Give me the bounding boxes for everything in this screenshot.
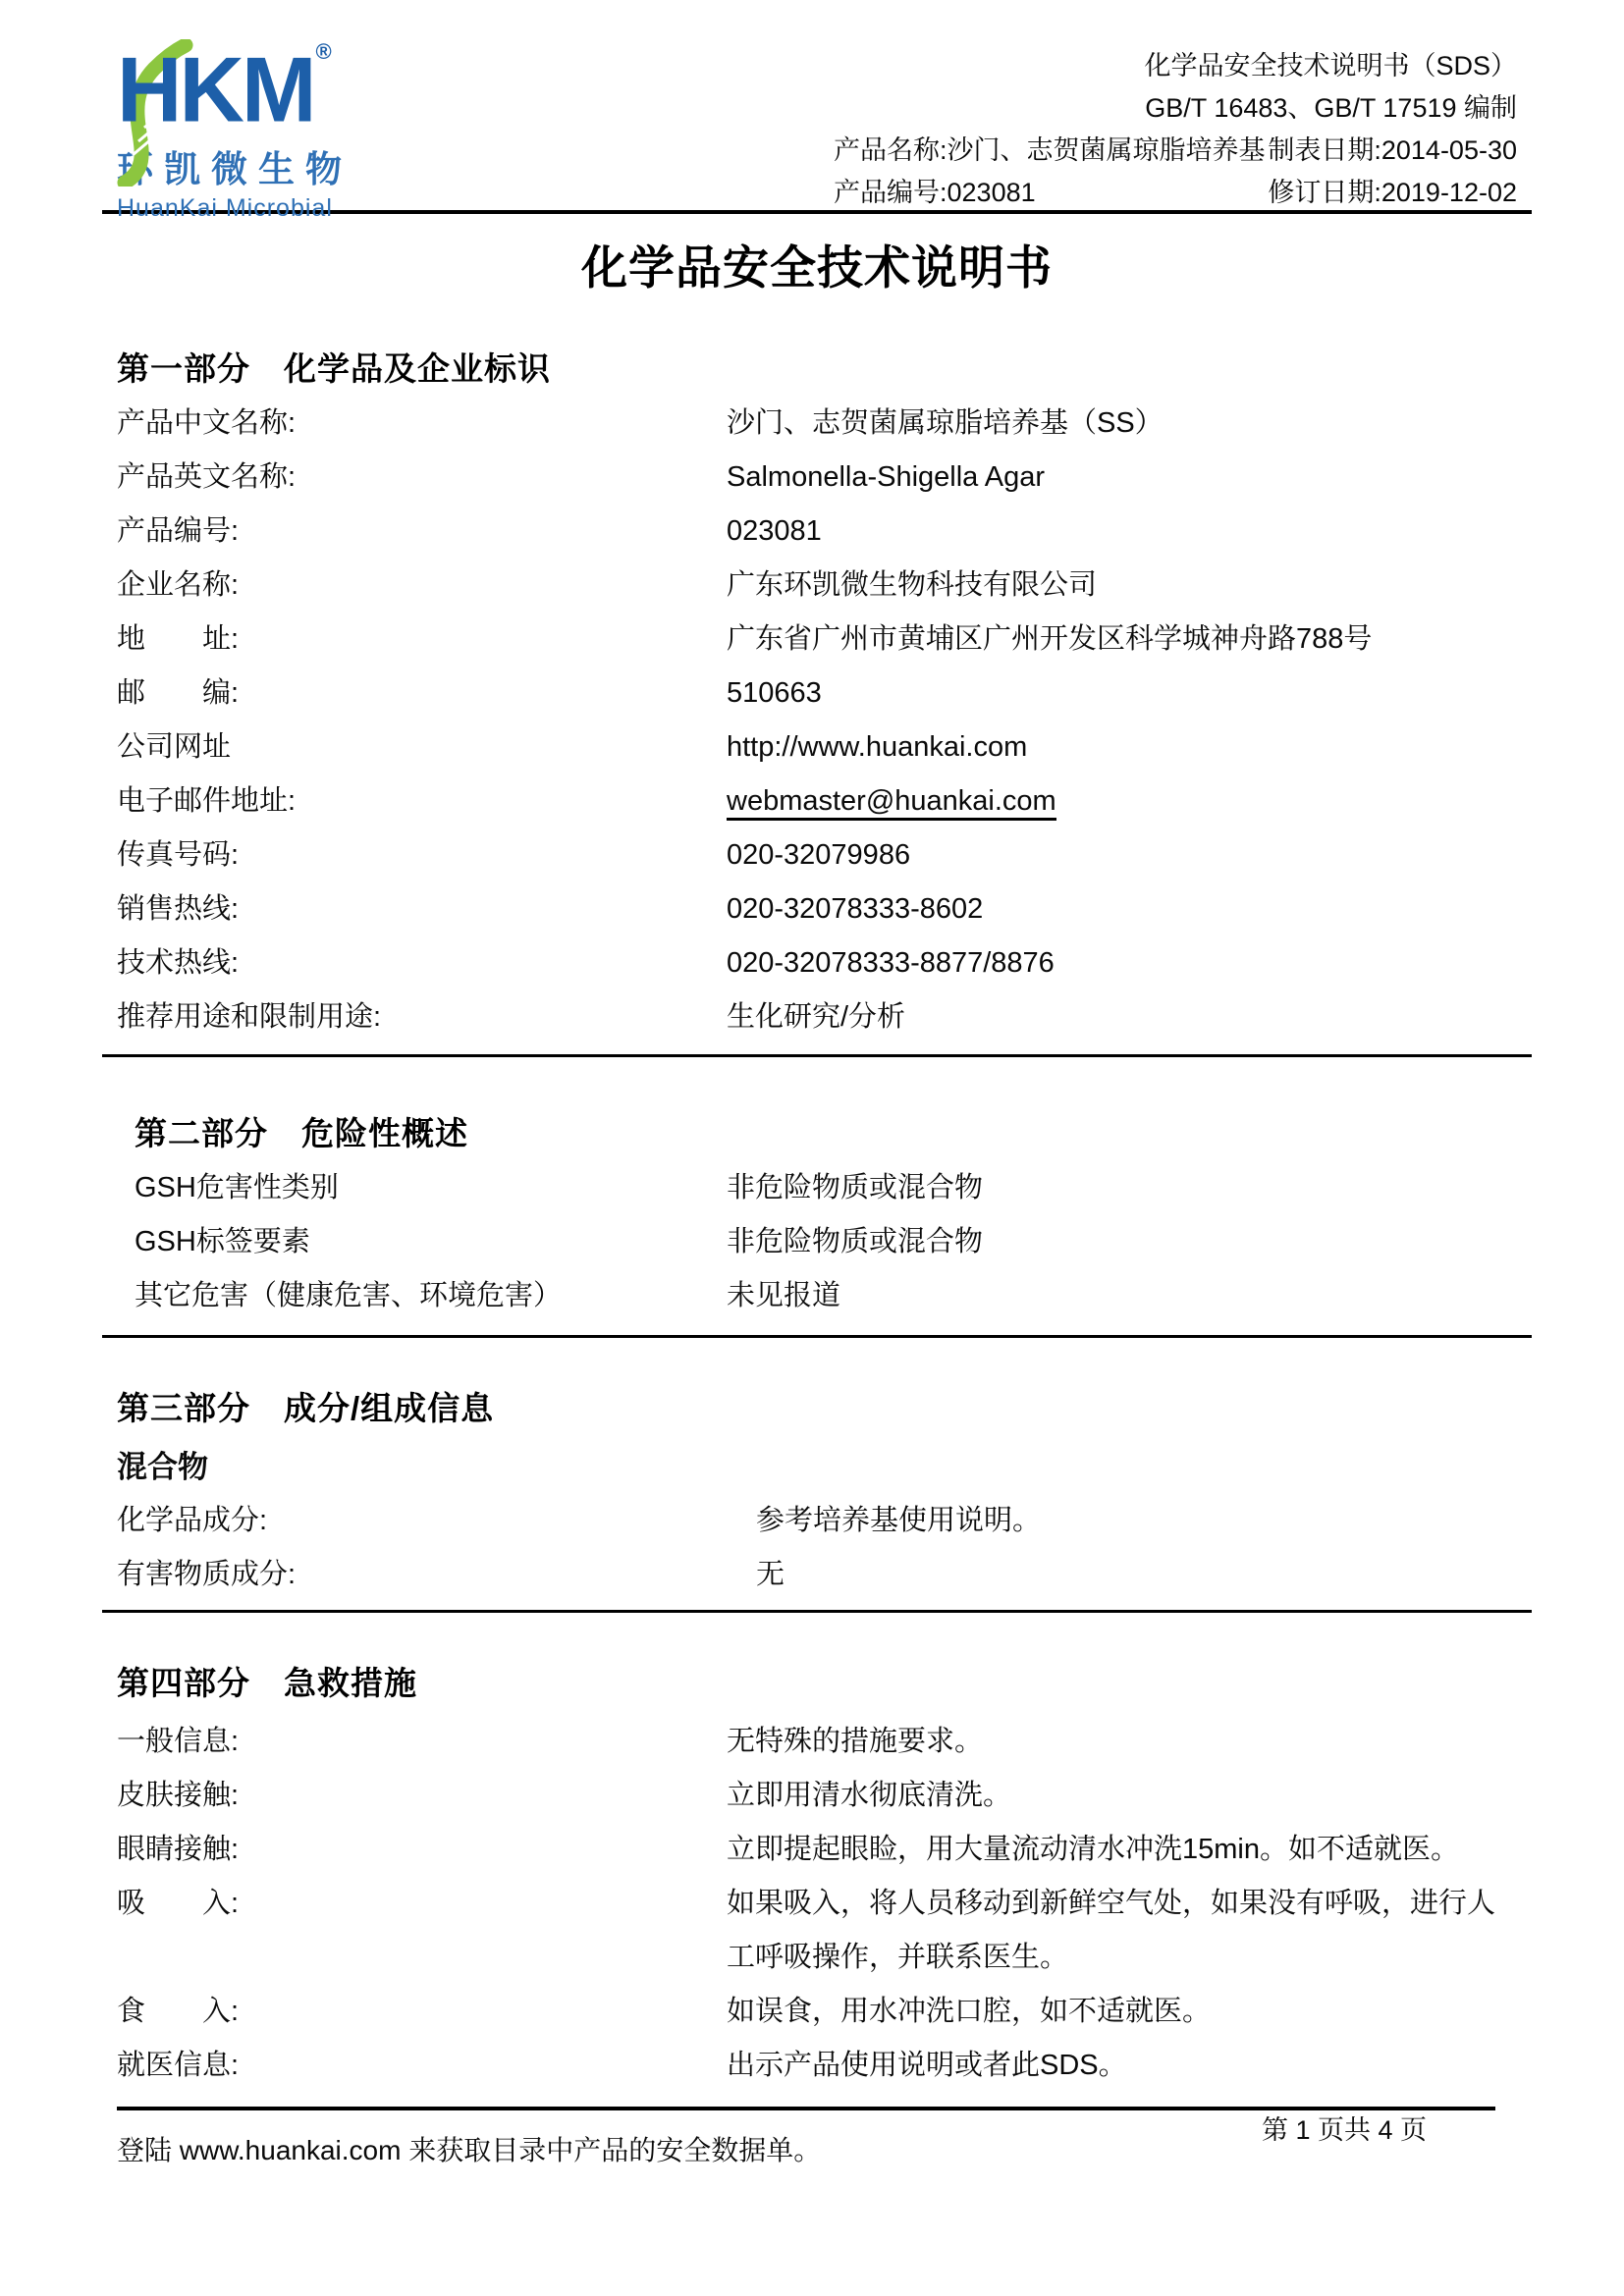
row-chemical-components: 化学品成分: 参考培养基使用说明。	[117, 1494, 1517, 1548]
section-composition-info: 第三部分 成分/组成信息 混合物 化学品成分: 参考培养基使用说明。 有害物质成…	[117, 1389, 1517, 1602]
mixture-subheading: 混合物	[117, 1440, 1517, 1494]
page-footer: 第 1 页共 4 页 登陆 www.huankai.com 来获取目录中产品的安…	[117, 2107, 1517, 2167]
section-2-heading: 第二部分 危险性概述	[135, 1114, 1517, 1153]
email-link[interactable]: webmaster@huankai.com	[727, 785, 1056, 821]
document-header: HKM® 环凯微生物 HuanKai Microbial 化学品安全技术说明书（…	[117, 43, 1517, 208]
page-number: 第 1 页共 4 页	[1262, 2114, 1427, 2146]
row-company-name: 企业名称: 广东环凯微生物科技有限公司	[117, 559, 1517, 613]
row-medical-info: 就医信息: 出示产品使用说明或者此SDS。	[117, 2039, 1517, 2093]
row-tech-hotline: 技术热线: 020-32078333-8877/8876	[117, 936, 1517, 990]
row-other-hazards: 其它危害（健康危害、环境危害） 未见报道	[135, 1269, 1517, 1323]
section-chemical-company-identification: 第一部分 化学品及企业标识 产品中文名称: 沙门、志贺菌属琼脂培养基（SS） 产…	[117, 349, 1517, 1044]
row-general-info: 一般信息: 无特殊的措施要求。	[117, 1715, 1517, 1769]
row-gsh-label-elements: GSH标签要素 非危险物质或混合物	[135, 1215, 1517, 1269]
row-recommended-use: 推荐用途和限制用途: 生化研究/分析	[117, 990, 1517, 1044]
row-product-en-name: 产品英文名称: Salmonella-Shigella Agar	[117, 451, 1517, 505]
row-address: 地 址: 广东省广州市黄埔区广州开发区科学城神舟路788号	[117, 613, 1517, 667]
section-3-divider	[102, 1610, 1532, 1613]
row-gsh-hazard-class: GSH危害性类别 非危险物质或混合物	[135, 1161, 1517, 1215]
logo-chinese-name: 环凯微生物	[117, 139, 441, 192]
registered-trademark-icon: ®	[316, 39, 332, 64]
logo-brand-text: HKM	[117, 44, 314, 136]
section-4-heading: 第四部分 急救措施	[117, 1664, 1517, 1703]
row-inhalation: 吸 入: 如果吸入，将人员移动到新鲜空气处，如果没有呼吸，进行人工呼吸操作，并联…	[117, 1877, 1517, 1985]
footer-divider	[117, 2107, 1495, 2110]
row-product-number: 产品编号: 023081	[117, 505, 1517, 559]
product-name: 产品名称:沙门、志贺菌属琼脂培养基	[834, 130, 1266, 172]
row-company-website: 公司网址 http://www.huankai.com	[117, 721, 1517, 774]
section-2-divider	[102, 1335, 1532, 1338]
logo-english-name: HuanKai Microbial	[117, 194, 441, 223]
row-sales-hotline: 销售热线: 020-32078333-8602	[117, 882, 1517, 936]
revision-date: 修订日期:2019-12-02	[1268, 172, 1517, 214]
section-3-heading: 第三部分 成分/组成信息	[117, 1389, 1517, 1428]
made-date: 制表日期:2014-05-30	[1268, 130, 1517, 172]
section-1-divider	[102, 1054, 1532, 1057]
section-hazard-overview: 第二部分 危险性概述 GSH危害性类别 非危险物质或混合物 GSH标签要素 非危…	[117, 1114, 1517, 1323]
product-no-revision-line: 产品编号:023081 修订日期:2019-12-02	[834, 172, 1517, 214]
header-meta-block: 化学品安全技术说明书（SDS） GB/T 16483、GB/T 17519 编制…	[834, 43, 1517, 214]
row-skin-contact: 皮肤接触: 立即用清水彻底清洗。	[117, 1769, 1517, 1823]
row-email: 电子邮件地址: webmaster@huankai.com	[117, 774, 1517, 828]
row-ingestion: 食 入: 如误食，用水冲洗口腔，如不适就医。	[117, 1985, 1517, 2039]
sds-document-page: HKM® 环凯微生物 HuanKai Microbial 化学品安全技术说明书（…	[0, 0, 1624, 2296]
product-name-date-line: 产品名称:沙门、志贺菌属琼脂培养基 制表日期:2014-05-30	[834, 130, 1517, 172]
section-first-aid-measures: 第四部分 急救措施 一般信息: 无特殊的措施要求。 皮肤接触: 立即用清水彻底清…	[117, 1664, 1517, 2093]
doc-type-line: 化学品安全技术说明书（SDS）	[834, 45, 1517, 87]
row-fax: 传真号码: 020-32079986	[117, 828, 1517, 882]
section-1-heading: 第一部分 化学品及企业标识	[117, 349, 1517, 389]
row-eye-contact: 眼睛接触: 立即提起眼睑，用大量流动清水冲洗15min。如不适就医。	[117, 1823, 1517, 1877]
product-number: 产品编号:023081	[834, 172, 1036, 214]
page-title: 化学品安全技术说明书	[117, 241, 1517, 294]
company-logo: HKM® 环凯微生物 HuanKai Microbial	[117, 43, 441, 223]
standards-line: GB/T 16483、GB/T 17519 编制	[834, 87, 1517, 130]
row-postal-code: 邮 编: 510663	[117, 667, 1517, 721]
row-product-cn-name: 产品中文名称: 沙门、志贺菌属琼脂培养基（SS）	[117, 397, 1517, 451]
row-hazardous-components: 有害物质成分: 无	[117, 1548, 1517, 1602]
